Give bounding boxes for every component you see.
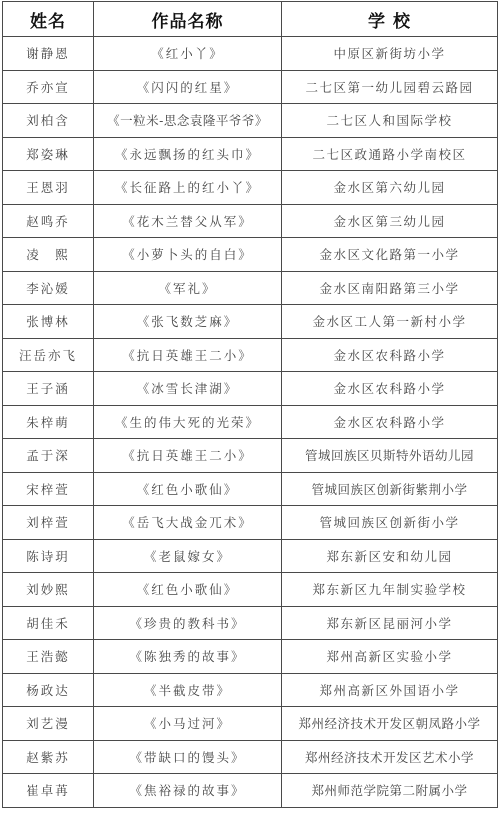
- table-row: 宋梓萱 《红色小歌仙》 管城回族区创新街紫荆小学: [3, 472, 498, 506]
- cell-work-title: 《小萝卜头的自白》: [94, 238, 282, 272]
- table-row: 王子涵 《冰雪长津湖》 金水区农科路小学: [3, 372, 498, 406]
- table-row: 赵紫苏 《带缺口的馒头》 郑州经济技术开发区艺术小学: [3, 740, 498, 774]
- cell-name: 谢静恩: [3, 37, 94, 71]
- cell-name: 杨政达: [3, 673, 94, 707]
- cell-work-title: 《永远飘扬的红头巾》: [94, 137, 282, 171]
- table-row: 郑姿琳 《永远飘扬的红头巾》 二七区政通路小学南校区: [3, 137, 498, 171]
- cell-school: 郑州师范学院第二附属小学: [282, 774, 498, 808]
- table-row: 王恩羽 《长征路上的红小丫》 金水区第六幼儿园: [3, 171, 498, 205]
- table-row: 凌 熙 《小萝卜头的自白》 金水区文化路第一小学: [3, 238, 498, 272]
- cell-work-title: 《岳飞大战金兀术》: [94, 506, 282, 540]
- cell-name: 郑姿琳: [3, 137, 94, 171]
- cell-school: 金水区农科路小学: [282, 405, 498, 439]
- cell-work-title: 《老鼠嫁女》: [94, 539, 282, 573]
- cell-name: 王浩懿: [3, 640, 94, 674]
- cell-work-title: 《陈独秀的故事》: [94, 640, 282, 674]
- cell-school: 郑州经济技术开发区艺术小学: [282, 740, 498, 774]
- cell-school: 郑州经济技术开发区朝凤路小学: [282, 707, 498, 741]
- cell-work-title: 《带缺口的馒头》: [94, 740, 282, 774]
- table-row: 谢静恩 《红小丫》 中原区新街坊小学: [3, 37, 498, 71]
- cell-work-title: 《红色小歌仙》: [94, 472, 282, 506]
- cell-name: 王子涵: [3, 372, 94, 406]
- cell-school: 中原区新街坊小学: [282, 37, 498, 71]
- cell-work-title: 《抗日英雄王二小》: [94, 338, 282, 372]
- cell-work-title: 《红色小歌仙》: [94, 573, 282, 607]
- cell-work-title: 《长征路上的红小丫》: [94, 171, 282, 205]
- table-row: 刘妙熙 《红色小歌仙》 郑东新区九年制实验学校: [3, 573, 498, 607]
- table-row: 崔卓苒 《焦裕禄的故事》 郑州师范学院第二附属小学: [3, 774, 498, 808]
- cell-work-title: 《半截皮带》: [94, 673, 282, 707]
- cell-name: 刘柏含: [3, 104, 94, 138]
- award-list-table: 姓名 作品名称 学 校 谢静恩 《红小丫》 中原区新街坊小学 乔亦宣 《闪闪的红…: [2, 1, 498, 808]
- cell-work-title: 《小马过河》: [94, 707, 282, 741]
- cell-name: 凌 熙: [3, 238, 94, 272]
- cell-name: 赵紫苏: [3, 740, 94, 774]
- cell-school: 郑州高新区外国语小学: [282, 673, 498, 707]
- table-row: 汪岳亦飞 《抗日英雄王二小》 金水区农科路小学: [3, 338, 498, 372]
- table-row: 刘艺漫 《小马过河》 郑州经济技术开发区朝凤路小学: [3, 707, 498, 741]
- table-row: 刘柏含 《一粒米-思念袁隆平爷爷》 二七区人和国际学校: [3, 104, 498, 138]
- cell-school: 金水区第三幼儿园: [282, 204, 498, 238]
- cell-name: 赵鸣乔: [3, 204, 94, 238]
- table-row: 胡佳禾 《珍贵的教科书》 郑东新区昆丽河小学: [3, 606, 498, 640]
- cell-work-title: 《闪闪的红星》: [94, 70, 282, 104]
- cell-name: 李沁媛: [3, 271, 94, 305]
- cell-school: 管城回族区贝斯特外语幼儿园: [282, 439, 498, 473]
- table-row: 杨政达 《半截皮带》 郑州高新区外国语小学: [3, 673, 498, 707]
- cell-school: 金水区第六幼儿园: [282, 171, 498, 205]
- cell-work-title: 《军礼》: [94, 271, 282, 305]
- cell-work-title: 《抗日英雄王二小》: [94, 439, 282, 473]
- cell-name: 汪岳亦飞: [3, 338, 94, 372]
- award-list-table-container: 姓名 作品名称 学 校 谢静恩 《红小丫》 中原区新街坊小学 乔亦宣 《闪闪的红…: [2, 1, 497, 808]
- cell-school: 郑东新区昆丽河小学: [282, 606, 498, 640]
- cell-name: 刘妙熙: [3, 573, 94, 607]
- cell-school: 二七区第一幼儿园碧云路园: [282, 70, 498, 104]
- cell-name: 刘艺漫: [3, 707, 94, 741]
- cell-work-title: 《张飞数芝麻》: [94, 305, 282, 339]
- header-school: 学 校: [282, 2, 498, 37]
- table-row: 朱梓萌 《生的伟大死的光荣》 金水区农科路小学: [3, 405, 498, 439]
- cell-school: 管城回族区创新街小学: [282, 506, 498, 540]
- header-work-title: 作品名称: [94, 2, 282, 37]
- table-header-row: 姓名 作品名称 学 校: [3, 2, 498, 37]
- cell-school: 金水区农科路小学: [282, 338, 498, 372]
- cell-school: 二七区人和国际学校: [282, 104, 498, 138]
- cell-school: 二七区政通路小学南校区: [282, 137, 498, 171]
- cell-name: 孟于深: [3, 439, 94, 473]
- cell-work-title: 《花木兰替父从军》: [94, 204, 282, 238]
- table-row: 张博林 《张飞数芝麻》 金水区工人第一新村小学: [3, 305, 498, 339]
- table-row: 赵鸣乔 《花木兰替父从军》 金水区第三幼儿园: [3, 204, 498, 238]
- cell-school: 郑州高新区实验小学: [282, 640, 498, 674]
- cell-name: 崔卓苒: [3, 774, 94, 808]
- cell-name: 宋梓萱: [3, 472, 94, 506]
- cell-name: 胡佳禾: [3, 606, 94, 640]
- cell-name: 王恩羽: [3, 171, 94, 205]
- cell-name: 朱梓萌: [3, 405, 94, 439]
- cell-work-title: 《珍贵的教科书》: [94, 606, 282, 640]
- cell-work-title: 《焦裕禄的故事》: [94, 774, 282, 808]
- table-row: 孟于深 《抗日英雄王二小》 管城回族区贝斯特外语幼儿园: [3, 439, 498, 473]
- cell-school: 金水区工人第一新村小学: [282, 305, 498, 339]
- header-name: 姓名: [3, 2, 94, 37]
- table-row: 陈诗玥 《老鼠嫁女》 郑东新区安和幼儿园: [3, 539, 498, 573]
- cell-name: 刘梓萱: [3, 506, 94, 540]
- cell-work-title: 《生的伟大死的光荣》: [94, 405, 282, 439]
- table-row: 李沁媛 《军礼》 金水区南阳路第三小学: [3, 271, 498, 305]
- cell-name: 乔亦宣: [3, 70, 94, 104]
- cell-work-title: 《一粒米-思念袁隆平爷爷》: [94, 104, 282, 138]
- cell-school: 金水区南阳路第三小学: [282, 271, 498, 305]
- cell-name: 张博林: [3, 305, 94, 339]
- table-row: 刘梓萱 《岳飞大战金兀术》 管城回族区创新街小学: [3, 506, 498, 540]
- cell-school: 郑东新区安和幼儿园: [282, 539, 498, 573]
- cell-work-title: 《红小丫》: [94, 37, 282, 71]
- table-row: 王浩懿 《陈独秀的故事》 郑州高新区实验小学: [3, 640, 498, 674]
- cell-name: 陈诗玥: [3, 539, 94, 573]
- cell-school: 郑东新区九年制实验学校: [282, 573, 498, 607]
- cell-work-title: 《冰雪长津湖》: [94, 372, 282, 406]
- cell-school: 金水区文化路第一小学: [282, 238, 498, 272]
- cell-school: 金水区农科路小学: [282, 372, 498, 406]
- table-row: 乔亦宣 《闪闪的红星》 二七区第一幼儿园碧云路园: [3, 70, 498, 104]
- cell-school: 管城回族区创新街紫荆小学: [282, 472, 498, 506]
